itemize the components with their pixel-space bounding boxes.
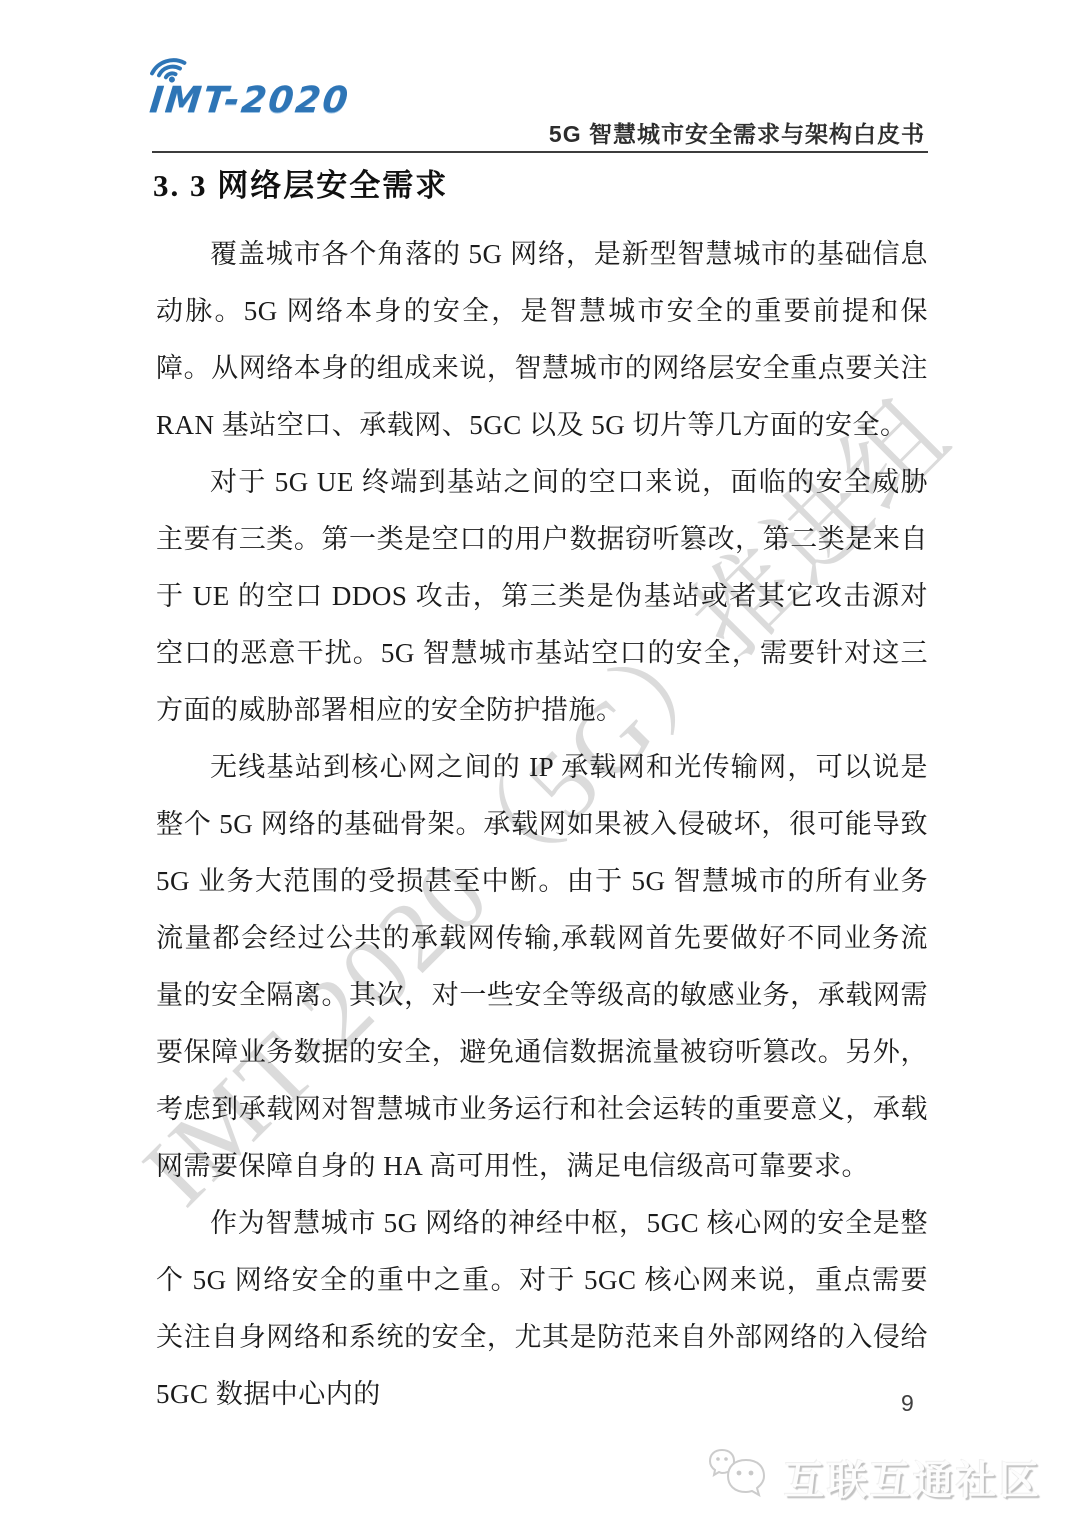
paragraph-1: 覆盖城市各个角落的 5G 网络，是新型智慧城市的基础信息动脉。5G 网络本身的安…	[156, 226, 928, 454]
page-number: 9	[901, 1390, 914, 1417]
body-content: 覆盖城市各个角落的 5G 网络，是新型智慧城市的基础信息动脉。5G 网络本身的安…	[156, 226, 928, 1423]
paragraph-3: 无线基站到核心网之间的 IP 承载网和光传输网，可以说是整个 5G 网络的基础骨…	[156, 739, 928, 1195]
document-page: IMT-2020（5G）推进组 IMT-2020 5G 智慧城市安全需求与架构白…	[0, 0, 1080, 1526]
header-divider	[152, 151, 928, 153]
paragraph-4: 作为智慧城市 5G 网络的神经中枢，5GC 核心网的安全是整个 5G 网络安全的…	[156, 1195, 928, 1423]
document-header-title: 5G 智慧城市安全需求与架构白皮书	[549, 116, 925, 149]
section-heading: 3. 3 网络层安全需求	[153, 160, 448, 205]
community-brand: 互联互通社区	[708, 1446, 1042, 1509]
wechat-bubbles-icon	[708, 1446, 774, 1509]
community-label: 互联互通社区	[784, 1449, 1042, 1506]
logo-wordmark: IMT-2020	[148, 80, 352, 121]
imt2020-logo: IMT-2020	[150, 64, 350, 121]
paragraph-2: 对于 5G UE 终端到基站之间的空口来说，面临的安全威胁主要有三类。第一类是空…	[156, 454, 928, 739]
